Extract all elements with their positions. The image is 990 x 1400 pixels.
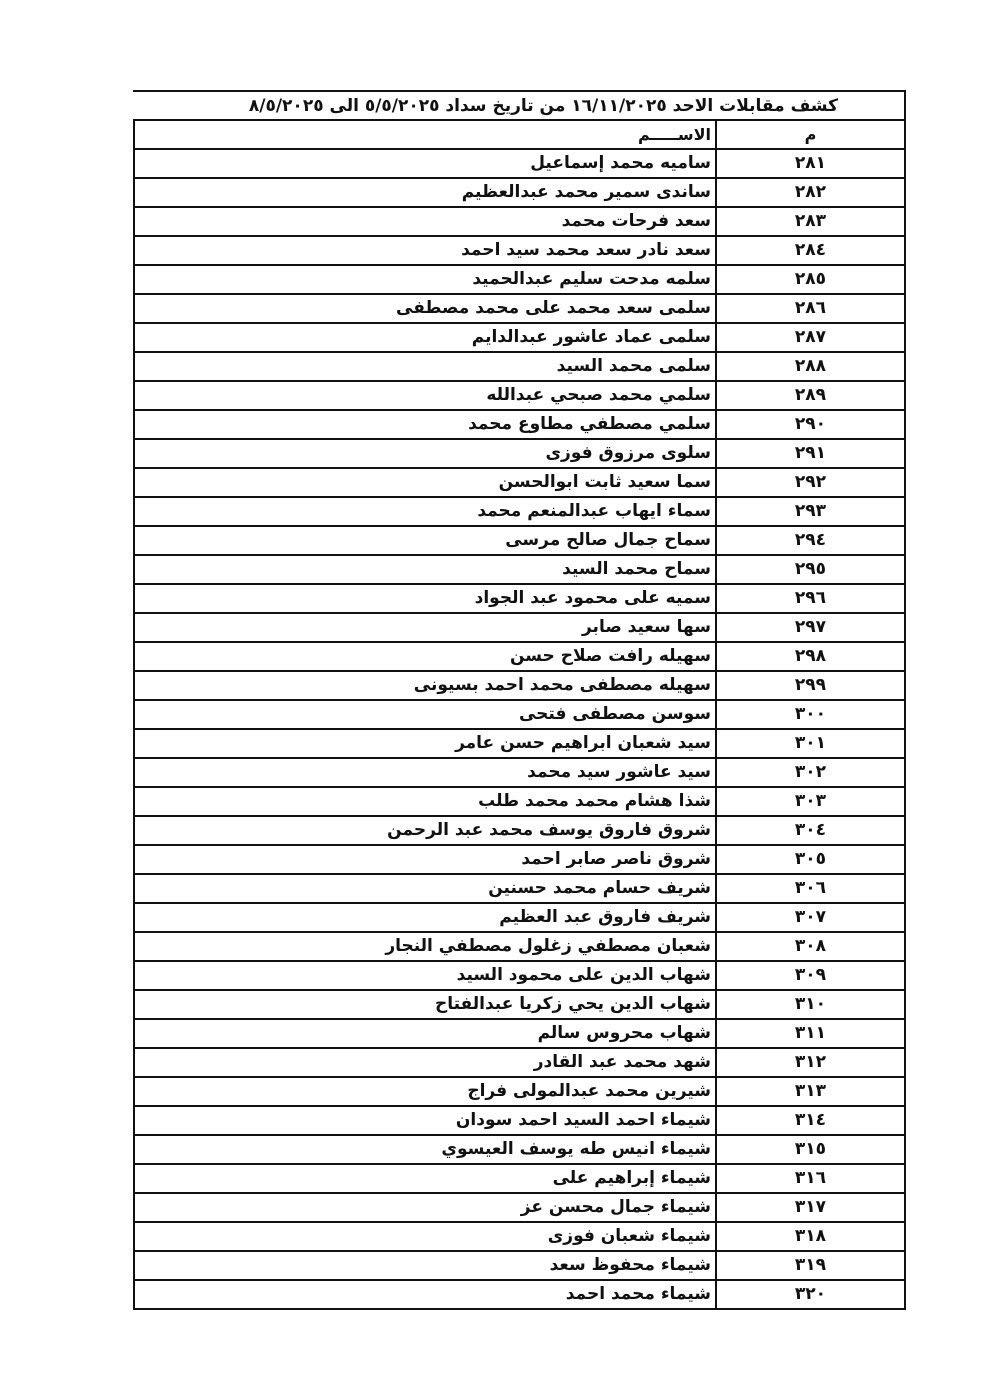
row-name: ساندى سمير محمد عبدالعظيم [134, 178, 716, 207]
table-row: ٣١٢شهد محمد عبد القادر [134, 1048, 905, 1077]
row-name: سلمى محمد السيد [134, 352, 716, 381]
row-name: سها سعيد صابر [134, 613, 716, 642]
table-row: ٣٠٦شريف حسام محمد حسنين [134, 874, 905, 903]
table-row: ٢٨٦سلمى سعد محمد على محمد مصطفى [134, 294, 905, 323]
row-number: ٢٨٥ [716, 265, 905, 294]
table-row: ٢٩٠سلمي مصطفي مطاوع محمد [134, 410, 905, 439]
row-number: ٣٠٩ [716, 961, 905, 990]
title-row: كشف مقابلات الاحد ١٦/١١/٢٠٢٥ من تاريخ سد… [133, 90, 906, 119]
table-row: ٣٠٩شهاب الدين على محمود السيد [134, 961, 905, 990]
row-name: سعد فرحات محمد [134, 207, 716, 236]
table-row: ٣١٨شيماء شعبان فوزى [134, 1222, 905, 1251]
row-number: ٣٠١ [716, 729, 905, 758]
table-row: ٢٩٩سهيله مصطفى محمد احمد بسيونى [134, 671, 905, 700]
row-name: سلوى مرزوق فوزى [134, 439, 716, 468]
row-name: شروق فاروق يوسف محمد عبد الرحمن [134, 816, 716, 845]
row-name: شيرين محمد عبدالمولى فراج [134, 1077, 716, 1106]
table-row: ٢٨٩سلمي محمد صبحي عبدالله [134, 381, 905, 410]
table-row: ٣١٥شيماء انيس طه يوسف العيسوي [134, 1135, 905, 1164]
row-number: ٢٩٩ [716, 671, 905, 700]
column-header-number: م [716, 120, 905, 149]
row-name: سيد شعبان ابراهيم حسن عامر [134, 729, 716, 758]
interview-sheet: كشف مقابلات الاحد ١٦/١١/٢٠٢٥ من تاريخ سد… [133, 90, 906, 1310]
row-number: ٣١١ [716, 1019, 905, 1048]
row-name: شروق ناصر صابر احمد [134, 845, 716, 874]
row-number: ٢٩٠ [716, 410, 905, 439]
row-number: ٣٠٣ [716, 787, 905, 816]
table-row: ٣١٦شيماء إبراهيم على [134, 1164, 905, 1193]
row-number: ٣١٢ [716, 1048, 905, 1077]
table-row: ٢٩٢سما سعيد ثابت ابوالحسن [134, 468, 905, 497]
table-row: ٢٩٤سماح جمال صالح مرسى [134, 526, 905, 555]
table-row: ٢٩١سلوى مرزوق فوزى [134, 439, 905, 468]
table-row: ٣١٠شهاب الدين يحي زكريا عبدالفتاح [134, 990, 905, 1019]
row-name: شهاب الدين على محمود السيد [134, 961, 716, 990]
row-name: شيماء محمد احمد [134, 1280, 716, 1309]
row-number: ٢٨٨ [716, 352, 905, 381]
table-row: ٢٩٧سها سعيد صابر [134, 613, 905, 642]
row-number: ٣٠٢ [716, 758, 905, 787]
row-number: ٢٩٥ [716, 555, 905, 584]
table-row: ٣١٤شيماء احمد السيد احمد سودان [134, 1106, 905, 1135]
row-number: ٣١٥ [716, 1135, 905, 1164]
header-row: م الاســـــم [134, 120, 905, 149]
row-name: شهد محمد عبد القادر [134, 1048, 716, 1077]
table-row: ٣١٩شيماء محفوظ سعد [134, 1251, 905, 1280]
row-number: ٣٠٨ [716, 932, 905, 961]
table-row: ٢٩٨سهيله رافت صلاح حسن [134, 642, 905, 671]
page-title: كشف مقابلات الاحد ١٦/١١/٢٠٢٥ من تاريخ سد… [249, 94, 838, 118]
row-name: شهاب الدين يحي زكريا عبدالفتاح [134, 990, 716, 1019]
row-number: ٢٩٢ [716, 468, 905, 497]
row-name: ساميه محمد إسماعيل [134, 149, 716, 178]
table-row: ٣٠٧شريف فاروق عبد العظيم [134, 903, 905, 932]
row-number: ٢٩١ [716, 439, 905, 468]
row-name: شيماء إبراهيم على [134, 1164, 716, 1193]
table-row: ٣٠٤شروق فاروق يوسف محمد عبد الرحمن [134, 816, 905, 845]
row-name: سما سعيد ثابت ابوالحسن [134, 468, 716, 497]
row-name: سهيله رافت صلاح حسن [134, 642, 716, 671]
row-number: ٢٩٧ [716, 613, 905, 642]
row-number: ٢٩٦ [716, 584, 905, 613]
row-number: ٣١٦ [716, 1164, 905, 1193]
row-number: ٢٨٧ [716, 323, 905, 352]
column-header-name: الاســـــم [134, 120, 716, 149]
row-name: شريف فاروق عبد العظيم [134, 903, 716, 932]
row-number: ٢٨٢ [716, 178, 905, 207]
row-number: ٢٨١ [716, 149, 905, 178]
table-row: ٢٨٣سعد فرحات محمد [134, 207, 905, 236]
table-row: ٢٨٨سلمى محمد السيد [134, 352, 905, 381]
row-name: سلمي مصطفي مطاوع محمد [134, 410, 716, 439]
row-name: سماء ايهاب عبدالمنعم محمد [134, 497, 716, 526]
row-name: سعد نادر سعد محمد سيد احمد [134, 236, 716, 265]
row-number: ٢٨٩ [716, 381, 905, 410]
row-name: شيماء جمال محسن عز [134, 1193, 716, 1222]
row-name: سلمه مدحت سليم عبدالحميد [134, 265, 716, 294]
names-table: م الاســـــم ٢٨١ساميه محمد إسماعيل٢٨٢سان… [133, 119, 906, 1310]
row-number: ٣٠٠ [716, 700, 905, 729]
table-row: ٣٠٠سوسن مصطفى فتحى [134, 700, 905, 729]
row-name: شيماء انيس طه يوسف العيسوي [134, 1135, 716, 1164]
table-row: ٣٠٨شعبان مصطفي زغلول مصطفي النجار [134, 932, 905, 961]
row-name: سلمى عماد عاشور عبدالدايم [134, 323, 716, 352]
row-name: سيد عاشور سيد محمد [134, 758, 716, 787]
table-row: ٢٩٥سماح محمد السيد [134, 555, 905, 584]
row-number: ٢٩٤ [716, 526, 905, 555]
row-name: سميه على محمود عبد الجواد [134, 584, 716, 613]
table-body: ٢٨١ساميه محمد إسماعيل٢٨٢ساندى سمير محمد … [134, 149, 905, 1309]
table-row: ٣١٣شيرين محمد عبدالمولى فراج [134, 1077, 905, 1106]
row-name: سلمي محمد صبحي عبدالله [134, 381, 716, 410]
table-row: ٣١١شهاب محروس سالم [134, 1019, 905, 1048]
table-row: ٣٠٢سيد عاشور سيد محمد [134, 758, 905, 787]
row-name: شيماء شعبان فوزى [134, 1222, 716, 1251]
row-number: ٣١٠ [716, 990, 905, 1019]
row-name: سهيله مصطفى محمد احمد بسيونى [134, 671, 716, 700]
row-number: ٢٨٦ [716, 294, 905, 323]
row-name: سماح جمال صالح مرسى [134, 526, 716, 555]
row-number: ٣٠٧ [716, 903, 905, 932]
table-row: ٢٩٣سماء ايهاب عبدالمنعم محمد [134, 497, 905, 526]
row-name: سوسن مصطفى فتحى [134, 700, 716, 729]
row-number: ٣٢٠ [716, 1280, 905, 1309]
row-name: شريف حسام محمد حسنين [134, 874, 716, 903]
row-name: شيماء محفوظ سعد [134, 1251, 716, 1280]
row-number: ٣١٨ [716, 1222, 905, 1251]
table-row: ٣٠٣شذا هشام محمد محمد طلب [134, 787, 905, 816]
table-row: ٢٨٥سلمه مدحت سليم عبدالحميد [134, 265, 905, 294]
row-number: ٢٨٤ [716, 236, 905, 265]
row-number: ٣١٧ [716, 1193, 905, 1222]
row-number: ٢٨٣ [716, 207, 905, 236]
row-number: ٣٠٤ [716, 816, 905, 845]
table-row: ٣١٧شيماء جمال محسن عز [134, 1193, 905, 1222]
row-number: ٣١٩ [716, 1251, 905, 1280]
table-row: ٢٨١ساميه محمد إسماعيل [134, 149, 905, 178]
table-row: ٢٨٤سعد نادر سعد محمد سيد احمد [134, 236, 905, 265]
table-row: ٢٩٦سميه على محمود عبد الجواد [134, 584, 905, 613]
row-number: ٣١٤ [716, 1106, 905, 1135]
row-number: ٣١٣ [716, 1077, 905, 1106]
row-number: ٣٠٥ [716, 845, 905, 874]
table-row: ٢٨٢ساندى سمير محمد عبدالعظيم [134, 178, 905, 207]
row-name: شذا هشام محمد محمد طلب [134, 787, 716, 816]
row-number: ٣٠٦ [716, 874, 905, 903]
row-name: سماح محمد السيد [134, 555, 716, 584]
row-name: شهاب محروس سالم [134, 1019, 716, 1048]
table-row: ٣٢٠شيماء محمد احمد [134, 1280, 905, 1309]
row-number: ٢٩٨ [716, 642, 905, 671]
row-name: شعبان مصطفي زغلول مصطفي النجار [134, 932, 716, 961]
table-row: ٣٠١سيد شعبان ابراهيم حسن عامر [134, 729, 905, 758]
row-name: شيماء احمد السيد احمد سودان [134, 1106, 716, 1135]
table-row: ٢٨٧سلمى عماد عاشور عبدالدايم [134, 323, 905, 352]
table-row: ٣٠٥شروق ناصر صابر احمد [134, 845, 905, 874]
row-name: سلمى سعد محمد على محمد مصطفى [134, 294, 716, 323]
row-number: ٢٩٣ [716, 497, 905, 526]
